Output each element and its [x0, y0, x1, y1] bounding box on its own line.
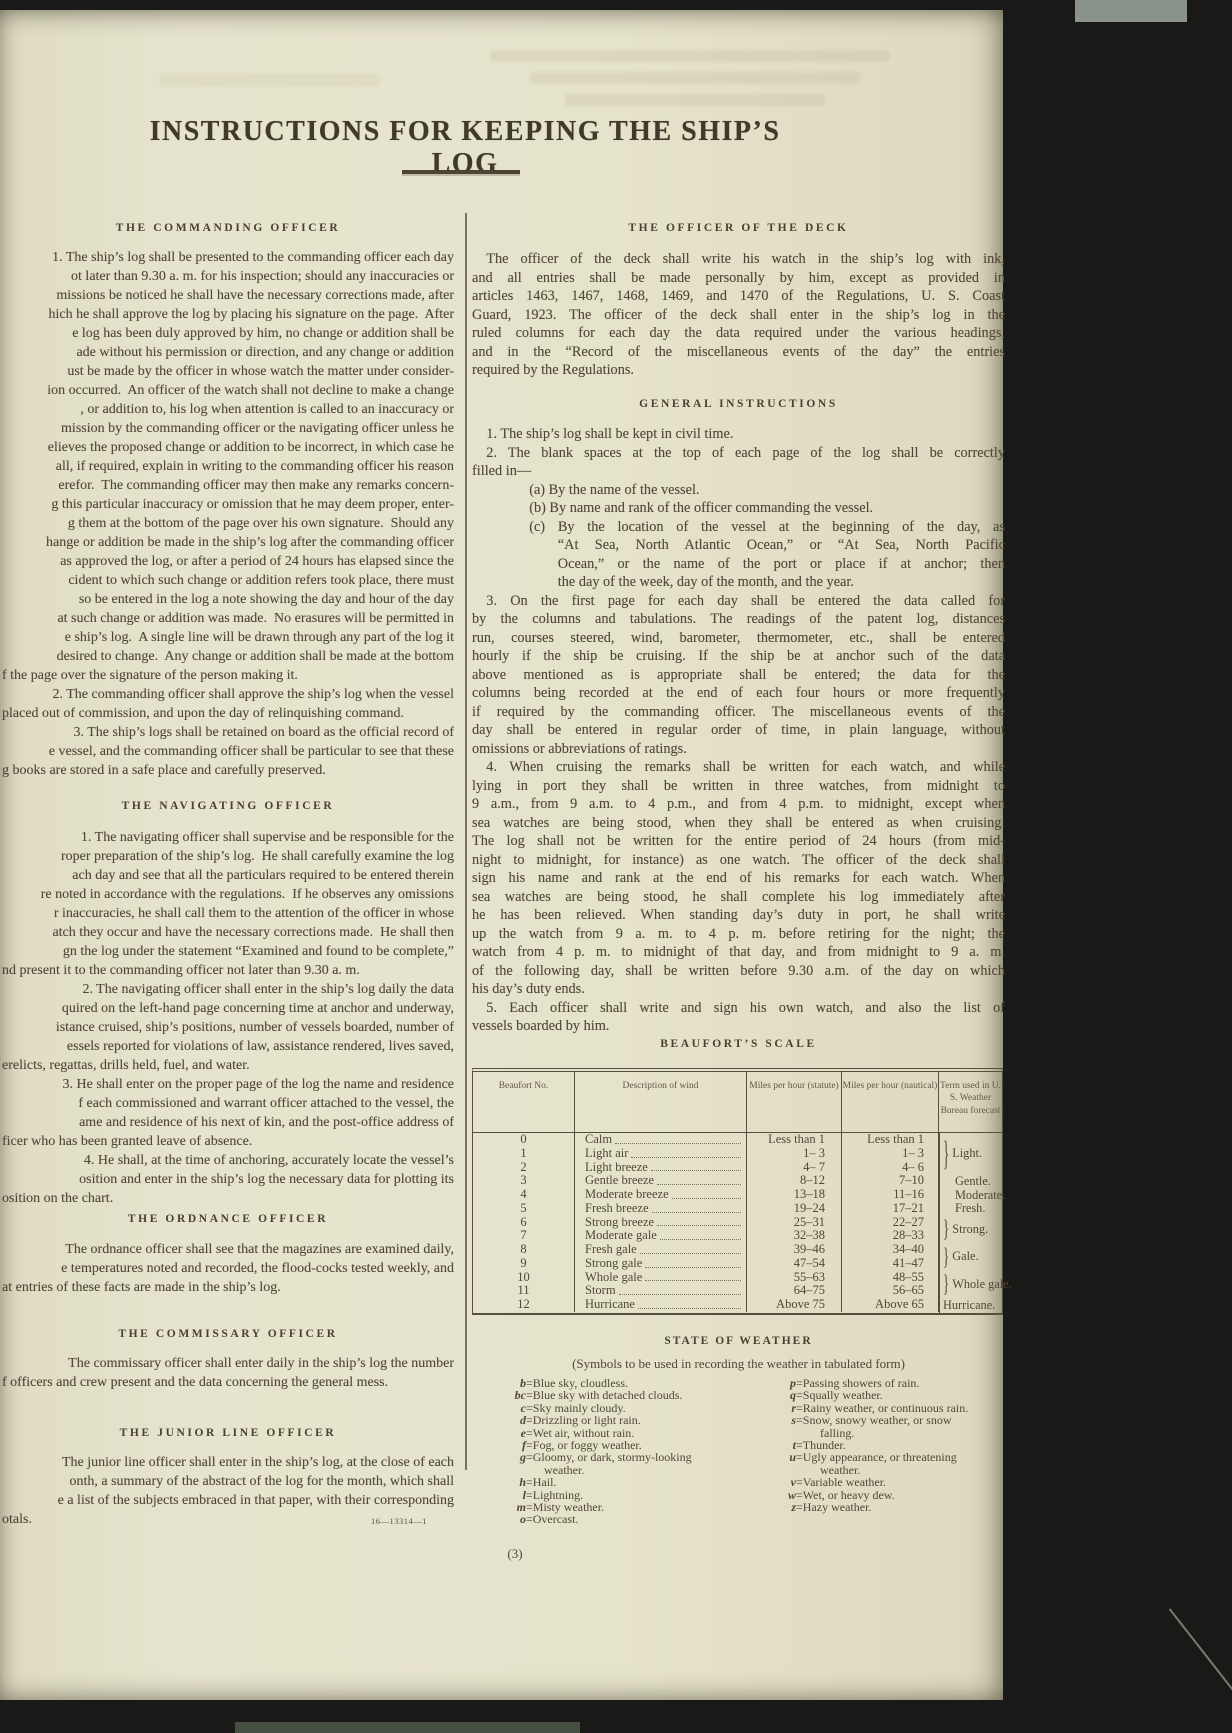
text-line: The commissary officer shall enter daily… [2, 1354, 454, 1373]
text-line: ach day and see that all the particulars… [2, 866, 454, 885]
brace-glyph: } [943, 1214, 949, 1244]
text-line: e a list of the subjects embraced in tha… [2, 1491, 454, 1510]
text-line: Guard, 1923. The officer of the deck sha… [472, 306, 1005, 325]
page-number: (3) [480, 1546, 550, 1562]
text-line: night to midnight, for instance) as one … [472, 851, 1005, 870]
text-line: 1. The ship’s log shall be kept in civil… [472, 425, 1005, 444]
beaufort-row: 3Gentle breeze8–127–10 [473, 1174, 1002, 1188]
text-line: 3. He shall enter on the proper page of … [2, 1075, 454, 1094]
text-line: omissions or abbreviations of ratings. [472, 740, 1005, 759]
beaufort-table-header: Beaufort No. Description of wind Miles p… [473, 1072, 1002, 1133]
beaufort-header-number: Beaufort No. [473, 1072, 575, 1132]
brace-glyph: } [943, 1132, 949, 1175]
text-line: The log shall not be written for the ent… [472, 832, 1005, 851]
text-line: re noted in accordance with the regulati… [2, 885, 454, 904]
section-heading-commissary-officer: THE COMMISSARY OFFICER [2, 1328, 454, 1340]
text-line: sign his name and rank at the end of his… [472, 869, 1005, 888]
print-code: 16—13314—1 [187, 1516, 427, 1526]
text-line: hange or addition be made in the ship’s … [2, 533, 454, 552]
text-line: 9 a.m., from 9 a.m. to 4 p.m., and from … [472, 795, 1005, 814]
text-line: mission by the commanding officer or the… [2, 419, 454, 438]
text-line: sea watches are being stood, he shall co… [472, 888, 1005, 907]
beaufort-table: Beaufort No. Description of wind Miles p… [472, 1068, 1003, 1315]
paragraph-navigating-officer: 1. The navigating officer shall supervis… [2, 828, 454, 1208]
text-line: (a) By the name of the vessel. [472, 481, 1005, 500]
text-line: articles 1463, 1467, 1468, 1469, and 147… [472, 287, 1005, 306]
text-line: e ship’s log. A single line will be draw… [2, 628, 454, 647]
beaufort-row: 2Light breeze4– 74– 6 [473, 1161, 1002, 1175]
text-line: at entries of these facts are made in th… [2, 1278, 454, 1297]
text-line: required by the Regulations. [472, 361, 1005, 380]
text-line: missions be noticed he shall have the ne… [2, 286, 454, 305]
text-line: cident to which such change or addition … [2, 571, 454, 590]
beaufort-term: Gentle. [943, 1174, 991, 1188]
beaufort-row: 11Storm64–7556–65 [473, 1284, 1002, 1298]
text-line: g this particular inaccuracy or omission… [2, 495, 454, 514]
scan-canvas: INSTRUCTIONS FOR KEEPING THE SHIP’S LOG … [0, 0, 1232, 1733]
section-heading-ordnance-officer: THE ORDNANCE OFFICER [2, 1213, 454, 1225]
section-heading-junior-line-officer: THE JUNIOR LINE OFFICER [2, 1427, 454, 1439]
text-line: Ocean,” or the name of the port or place… [472, 555, 1005, 574]
text-line: hich he shall approve the log by placing… [2, 305, 454, 324]
beaufort-row: 10Whole gale55–6348–55 [473, 1271, 1002, 1285]
beaufort-term: Moderate. [943, 1188, 1005, 1202]
beaufort-term: }Whole gale. [943, 1271, 1012, 1299]
beaufort-header-description: Description of wind [575, 1072, 747, 1132]
text-line: The ordnance officer shall see that the … [2, 1240, 454, 1259]
right-column: THE OFFICER OF THE DECK The officer of t… [472, 10, 1005, 1700]
text-line: osition on the chart. [2, 1189, 454, 1208]
paragraph-general-instructions: 1. The ship’s log shall be kept in civil… [472, 425, 1005, 1036]
text-line: erelicts, regattas, drills held, fuel, a… [2, 1056, 454, 1075]
text-line: up the watch from 9 a. m. to 4 p. m. bef… [472, 925, 1005, 944]
section-heading-navigating-officer: THE NAVIGATING OFFICER [2, 800, 454, 812]
beaufort-term: }Light. [943, 1133, 982, 1174]
text-line: ficer who has been granted leave of abse… [2, 1132, 454, 1151]
text-line: desired to change. Any change or additio… [2, 647, 454, 666]
beaufort-row: 1Light air1– 31– 3 [473, 1147, 1002, 1161]
text-line: 4. He shall, at the time of anchoring, a… [2, 1151, 454, 1170]
weather-symbol: o=Overcast. [502, 1513, 752, 1525]
text-line: all, if required, explain in writing to … [2, 457, 454, 476]
text-line: watch from 4 p. m. to midnight of that d… [472, 943, 1005, 962]
text-line: his day’s duty ends. [472, 980, 1005, 999]
text-line: as approved the log, or after a period o… [2, 552, 454, 571]
weather-symbol-list-left: b=Blue sky, cloudless. bc=Blue sky with … [502, 1377, 752, 1526]
text-line: 3. On the first page for each day shall … [472, 592, 1005, 611]
beaufort-row: 7Moderate gale32–3828–33 [473, 1229, 1002, 1243]
text-line: columns being recorded at the end of eac… [472, 684, 1005, 703]
section-heading-beaufort-scale: BEAUFORT’S SCALE [472, 1038, 1005, 1050]
beaufort-row: 4Moderate breeze13–1811–16 [473, 1188, 1002, 1202]
text-line: 2. The navigating officer shall enter in… [2, 980, 454, 999]
brace-glyph: } [943, 1242, 949, 1272]
beaufort-header-statute: Miles per hour (statute) [747, 1072, 842, 1132]
weather-note: (Symbols to be used in recording the wea… [472, 1356, 1005, 1372]
section-heading-state-of-weather: STATE OF WEATHER [472, 1335, 1005, 1347]
beaufort-term: }Gale. [943, 1243, 979, 1271]
text-line: ade without his permission or direction,… [2, 343, 454, 362]
text-line: 4. When cruising the remarks shall be wr… [472, 758, 1005, 777]
beaufort-term: Hurricane. [943, 1298, 995, 1312]
beaufort-term: }Strong. [943, 1216, 988, 1244]
text-line: of the following day, shall be written b… [472, 962, 1005, 981]
text-line: , or addition to, his log when attention… [2, 400, 454, 419]
text-line: nd present it to the commanding officer … [2, 961, 454, 980]
scanned-page: INSTRUCTIONS FOR KEEPING THE SHIP’S LOG … [0, 10, 1003, 1700]
section-heading-general-instructions: GENERAL INSTRUCTIONS [472, 398, 1005, 410]
paragraph-officer-of-the-deck: The officer of the deck shall write his … [472, 250, 1005, 380]
text-line: (c) By the location of the vessel at the… [472, 518, 1005, 537]
beaufort-row: 9Strong gale47–5441–47 [473, 1257, 1002, 1271]
text-line: e temperatures noted and recorded, the f… [2, 1259, 454, 1278]
text-line: istance cruised, ship’s positions, numbe… [2, 1018, 454, 1037]
column-divider [465, 213, 467, 1470]
text-line: ust be made by the officer in whose watc… [2, 362, 454, 381]
text-line: osition and enter in the ship’s log the … [2, 1170, 454, 1189]
paragraph-commanding-officer: 1. The ship’s log shall be presented to … [2, 248, 454, 780]
binding-thread [1169, 1608, 1232, 1697]
text-line: roper preparation of the ship’s log. He … [2, 847, 454, 866]
text-line: gn the log under the statement “Examined… [2, 942, 454, 961]
text-line: and in the “Record of the miscellaneous … [472, 343, 1005, 362]
beaufort-row: 5Fresh breeze19–2417–21 [473, 1202, 1002, 1216]
text-line: 2. The blank spaces at the top of each p… [472, 444, 1005, 463]
text-line: 3. The ship’s logs shall be retained on … [2, 723, 454, 742]
text-line: vessels boarded by him. [472, 1017, 1005, 1036]
text-line: f the page over the signature of the per… [2, 666, 454, 685]
text-line: g books are stored in a safe place and c… [2, 761, 454, 780]
text-line: ame and residence of his next of kin, an… [2, 1113, 454, 1132]
weather-symbol: z=Hazy weather. [772, 1501, 1005, 1513]
paragraph-ordnance-officer: The ordnance officer shall see that the … [2, 1240, 454, 1297]
beaufort-row: 8Fresh gale39–4634–40 [473, 1243, 1002, 1257]
text-line: “At Sea, North Atlantic Ocean,” or “At S… [472, 536, 1005, 555]
scanner-artifact [1075, 0, 1187, 22]
text-line: run, courses steered, wind, barometer, t… [472, 629, 1005, 648]
section-heading-officer-of-the-deck: THE OFFICER OF THE DECK [472, 222, 1005, 234]
text-line: quired on the left-hand page concerning … [2, 999, 454, 1018]
text-line: e vessel, and the commanding officer sha… [2, 742, 454, 761]
text-line: ruled columns for each day the data requ… [472, 324, 1005, 343]
text-line: so be entered in the log a note showing … [2, 590, 454, 609]
text-line: essels reported for violations of law, a… [2, 1037, 454, 1056]
text-line: if required by the commanding officer. T… [472, 703, 1005, 722]
text-line: onth, a summary of the abstract of the l… [2, 1472, 454, 1491]
beaufort-header-term: Term used in U. S. Weather Bureau foreca… [939, 1072, 1002, 1132]
text-line: f officers and crew present and the data… [2, 1373, 454, 1392]
text-line: The junior line officer shall enter in t… [2, 1453, 454, 1472]
text-line: 1. The ship’s log shall be presented to … [2, 248, 454, 267]
text-line: e log has been duly approved by him, no … [2, 324, 454, 343]
text-line: he has been relieved. When standing day’… [472, 906, 1005, 925]
beaufort-term-column: }Light. Gentle. Moderate. Fresh. }Strong… [939, 1133, 1004, 1313]
text-line: f each commissioned and warrant officer … [2, 1094, 454, 1113]
text-line: 1. The navigating officer shall supervis… [2, 828, 454, 847]
text-line: g them at the bottom of the page over hi… [2, 514, 454, 533]
text-line: erefor. The commanding officer may then … [2, 476, 454, 495]
beaufort-row: 0CalmLess than 1Less than 1 [473, 1133, 1002, 1147]
text-line: hourly if the ship be cruising. If the s… [472, 647, 1005, 666]
left-column: THE COMMANDING OFFICER 1. The ship’s log… [2, 10, 454, 1700]
beaufort-term: Fresh. [943, 1202, 985, 1216]
text-line: by the columns and tabulations. The read… [472, 610, 1005, 629]
paragraph-commissary-officer: The commissary officer shall enter daily… [2, 1354, 454, 1392]
beaufort-table-body: 0CalmLess than 1Less than 1 1Light air1–… [473, 1133, 1002, 1313]
text-line: The officer of the deck shall write his … [472, 250, 1005, 269]
text-line: above mentioned as is appropriate shall … [472, 666, 1005, 685]
book-page-edge [1003, 10, 1012, 1700]
text-line: placed out of commission, and upon the d… [2, 704, 454, 723]
text-line: ion occurred. An officer of the watch sh… [2, 381, 454, 400]
text-line: filled in— [472, 462, 1005, 481]
text-line: at such change or addition was made. No … [2, 609, 454, 628]
text-line: lying in port they shall be written in t… [472, 777, 1005, 796]
text-line: day shall be entered in regular order of… [472, 721, 1005, 740]
text-line: and all entries shall be made personally… [472, 269, 1005, 288]
section-heading-commanding-officer: THE COMMANDING OFFICER [2, 222, 454, 234]
brace-glyph: } [943, 1269, 949, 1299]
text-line: (b) By name and rank of the officer comm… [472, 499, 1005, 518]
text-line: elieves the proposed change or addition … [2, 438, 454, 457]
text-line: 2. The commanding officer shall approve … [2, 685, 454, 704]
text-line: sea watches are being stood, when they s… [472, 814, 1005, 833]
text-line: atch they occur and have the necessary c… [2, 923, 454, 942]
weather-symbol-list-right: p=Passing showers of rain. q=Squally wea… [772, 1377, 1005, 1513]
book-binding-strip [235, 1722, 580, 1733]
beaufort-row: 12HurricaneAbove 75Above 65 [473, 1298, 1002, 1312]
text-line: the day of the week, day of the month, a… [472, 573, 1005, 592]
text-line: ot later than 9.30 a. m. for his inspect… [2, 267, 454, 286]
text-line: 5. Each officer shall write and sign his… [472, 999, 1005, 1018]
text-line: r inaccuracies, he shall call them to th… [2, 904, 454, 923]
beaufort-header-nautical: Miles per hour (nautical) [842, 1072, 939, 1132]
beaufort-row: 6Strong breeze25–3122–27 [473, 1216, 1002, 1230]
